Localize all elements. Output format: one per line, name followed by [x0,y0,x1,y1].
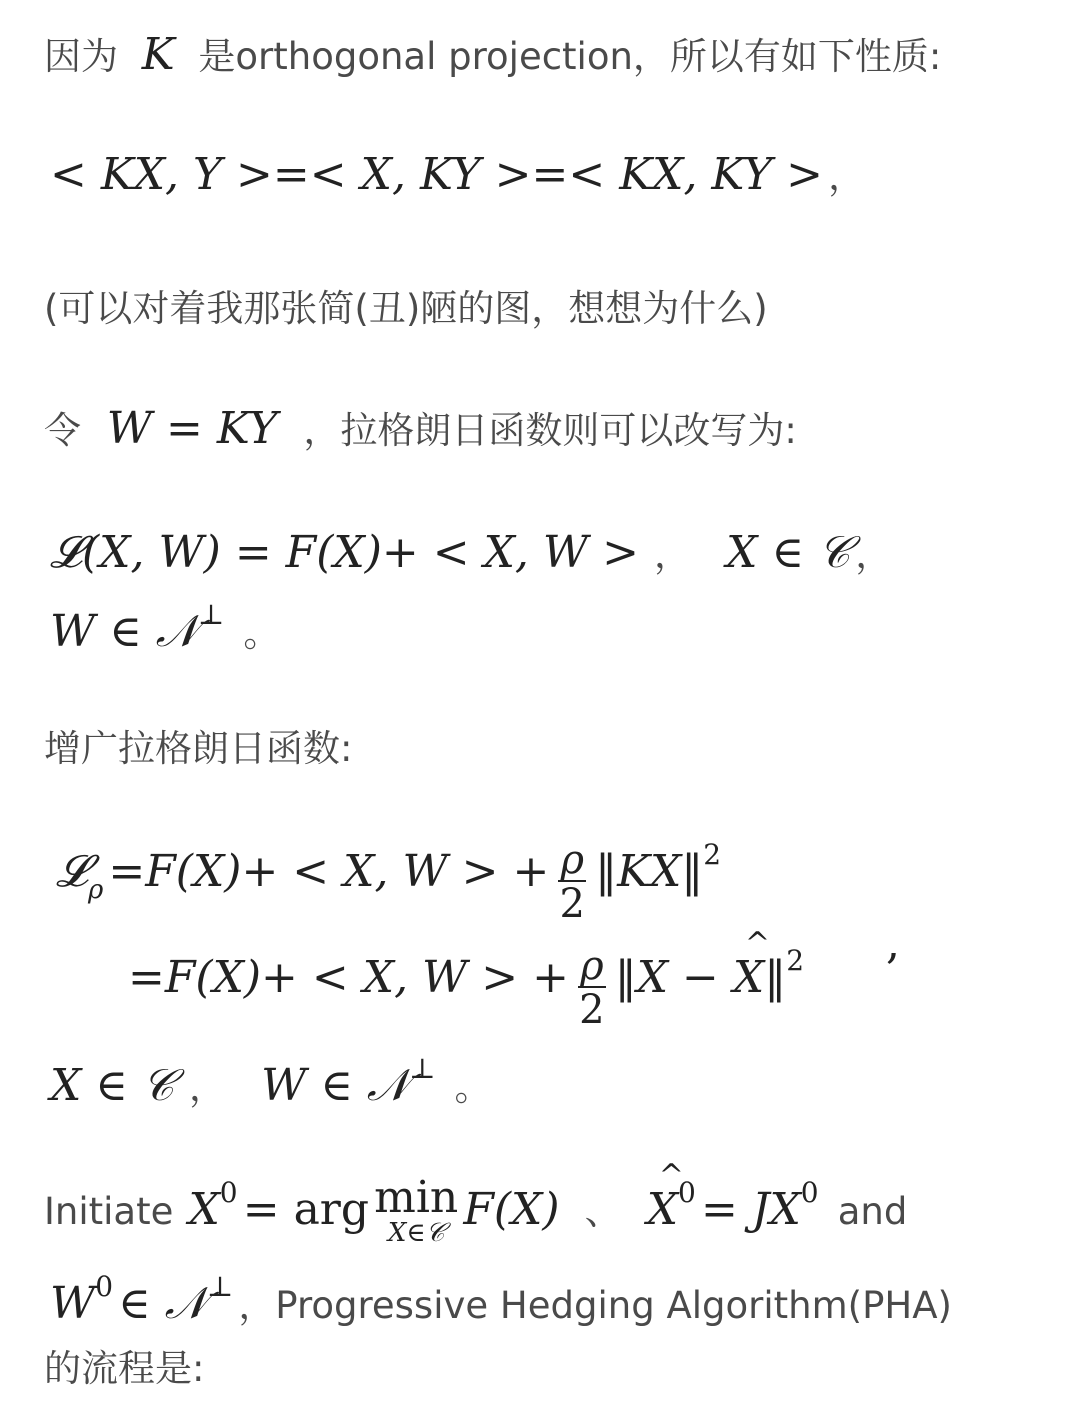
equation-lagrangian: 𝓛(X, W) = F(X)+ < X, W > ， X ∈ 𝒞 ， [50,524,892,578]
text: ， [828,155,865,198]
text: 、 [585,1190,622,1233]
text: 。 [455,1066,492,1109]
text: ，Progressive Hedging Algorithm(PHA) [238,1284,952,1327]
math: =F(X)+ < X, W > + [108,846,549,897]
text: ， [855,533,892,576]
math: W ∈ 𝒩 [50,606,198,657]
equation-constraints: X ∈ 𝒞 ， W ∈ 𝒩⊥ 。 [50,1052,492,1111]
fraction: ρ2 [578,946,606,1030]
math: W ∈ 𝒩 [261,1060,409,1111]
math: ‖KX‖ [595,846,703,897]
num: ρ [558,840,586,880]
fraction: ρ2 [558,840,586,924]
math: X [188,1184,219,1235]
comma: , [886,918,900,969]
math: 2 [786,944,804,977]
text: and [838,1190,908,1233]
math: ‖X − [615,952,733,1003]
math: W = KY [107,403,278,454]
math: 2 [703,838,721,871]
argmin: minX∈𝒞 [374,1176,458,1246]
math: X [647,1184,678,1235]
equation-inner-products: < KX, Y >=< X, KY >=< KX, KY > ， [50,146,865,200]
text: ， [189,1066,226,1109]
line-hint: (可以对着我那张简(丑)陋的图，想想为什么) [44,278,768,332]
text: 是orthogonal projection，所以有如下性质: [198,35,941,78]
math: X ∈ 𝒞 [726,527,850,578]
math: ⊥ [409,1052,435,1085]
line-pha: W0 ∈ 𝒩⊥ ，Progressive Hedging Algorithm(P… [50,1270,952,1329]
equation-constraint: W ∈ 𝒩⊥ 。 [50,598,280,657]
line-initiate: Initiate X0 = arg minX∈𝒞 F(X) 、 X0 = JX0… [44,1176,907,1246]
min: min [374,1172,458,1223]
math: ρ [88,875,103,905]
math: = arg [243,1184,369,1235]
math: =F(X)+ < X, W > + [128,952,569,1003]
den: 2 [558,880,586,924]
math: 0 [801,1176,819,1209]
text: Initiate [44,1190,173,1233]
math: 𝓛 [56,846,88,897]
line-property-intro: 因为 K 是orthogonal projection，所以有如下性质: [44,26,941,80]
math: F(X) [463,1184,559,1235]
math: ⊥ [207,1270,233,1303]
math-k: K [142,29,175,80]
num: ρ [578,946,606,986]
math: < KX, Y >=< X, KY >=< KX, KY > [50,149,823,200]
text: 。 [243,612,280,655]
text: 令 [44,409,81,452]
math: 𝓛(X, W) = F(X)+ < X, W > [50,527,639,578]
line-flow: 的流程是: [44,1338,204,1392]
math: X ∈ 𝒞 [50,1060,174,1111]
math: 0 [220,1176,238,1209]
den: 2 [578,986,606,1030]
line-augmented-title: 增广拉格朗日函数: [44,718,352,772]
math: ∈ 𝒩 [118,1278,207,1329]
equation-augmented-2: =F(X)+ < X, W > + ρ2 ‖X − X‖2 [128,944,804,1030]
text: ， [654,533,691,576]
line-let-w: 令 W = KY ，拉格朗日函数则可以改写为: [44,400,797,454]
under: X∈𝒞 [374,1220,458,1246]
equation-augmented-1: 𝓛ρ =F(X)+ < X, W > + ρ2 ‖KX‖2 [56,838,721,924]
math: W [50,1278,95,1329]
text: ，拉格朗日函数则可以改写为: [303,409,796,452]
math: X [733,952,764,1003]
math: ⊥ [198,598,224,631]
math: 0 [95,1270,113,1303]
text: 因为 [44,35,118,78]
math: = JX [701,1184,801,1235]
